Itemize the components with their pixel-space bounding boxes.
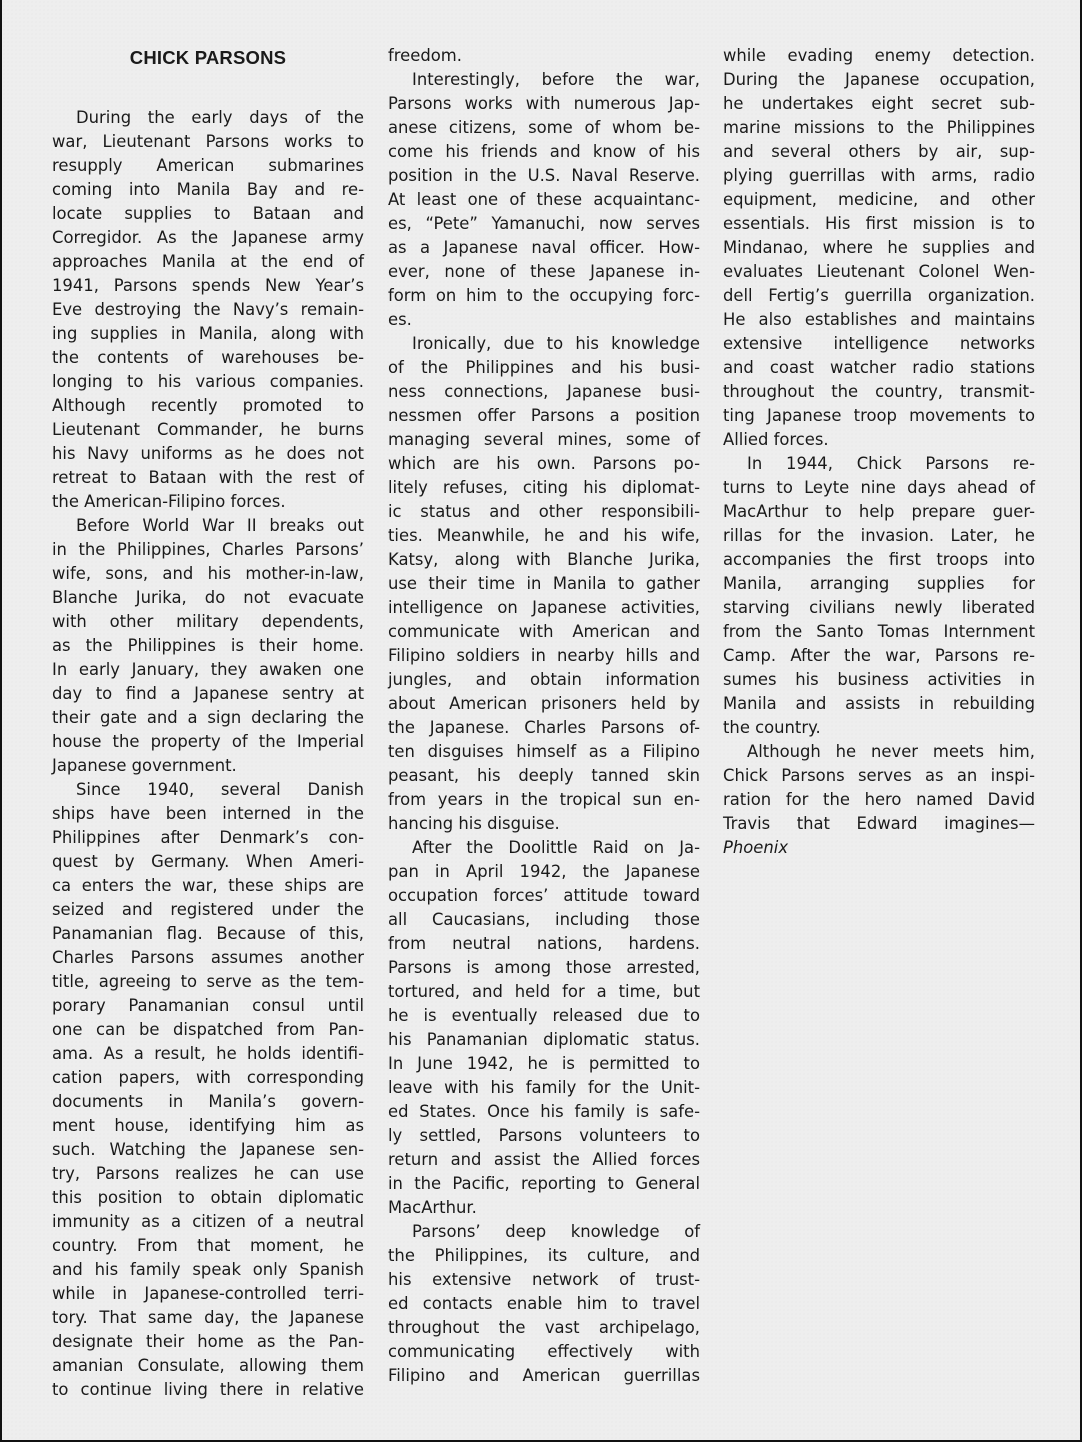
text-line: Parsons is among those arrested, — [388, 956, 700, 980]
text-line: ration for the hero named David — [723, 788, 1035, 812]
text-line: marine missions to the Philippines — [723, 116, 1035, 140]
text-line: Filipino soldiers in nearby hills and — [388, 644, 700, 668]
text-line: ties. Meanwhile, he and his wife, — [388, 524, 700, 548]
text-line: evaluates Lieutenant Colonel Wen- — [723, 260, 1035, 284]
text-line: ca enters the war, these ships are — [52, 874, 364, 898]
text-line: essentials. His first mission is to — [723, 212, 1035, 236]
text-line: house the property of the Imperial — [52, 730, 364, 754]
text-line: communicate with American and — [388, 620, 700, 644]
text-line: such. Watching the Japanese sen- — [52, 1138, 364, 1162]
text-line: Before World War II breaks out — [52, 514, 364, 538]
text-line: ing supplies in Manila, along with — [52, 322, 364, 346]
text-line: and several others by air, sup- — [723, 140, 1035, 164]
text-line: In 1944, Chick Parsons re- — [723, 452, 1035, 476]
column-1-body: During the early days of thewar, Lieuten… — [52, 106, 364, 1402]
text-line: seized and registered under the — [52, 898, 364, 922]
text-line: return and assist the Allied forces — [388, 1148, 700, 1172]
text-line: about American prisoners held by — [388, 692, 700, 716]
text-line: jungles, and obtain information — [388, 668, 700, 692]
text-line: from years in the tropical sun en- — [388, 788, 700, 812]
text-line: pan in April 1942, the Japanese — [388, 860, 700, 884]
text-line: dell Fertig’s guerrilla organization. — [723, 284, 1035, 308]
text-line: Travis that Edward imagines— — [723, 812, 1035, 836]
text-line: documents in Manila’s govern- — [52, 1090, 364, 1114]
text-line: ed States. Once his family is safe- — [388, 1100, 700, 1124]
text-line: Interestingly, before the war, — [388, 68, 700, 92]
column-3-body: while evading enemy detection.During the… — [723, 44, 1035, 860]
text-line: in the Pacific, reporting to General — [388, 1172, 700, 1196]
text-line: this position to obtain diplomatic — [52, 1186, 364, 1210]
text-line: Manila and assists in rebuilding — [723, 692, 1035, 716]
text-line: longing to his various companies. — [52, 370, 364, 394]
text-line: of the Philippines and his busi- — [388, 356, 700, 380]
text-line: country. From that moment, he — [52, 1234, 364, 1258]
text-line: wife, sons, and his mother-in-law, — [52, 562, 364, 586]
text-line: as a Japanese naval officer. How- — [388, 236, 700, 260]
text-line: Corregidor. As the Japanese army — [52, 226, 364, 250]
text-line: tory. That same day, the Japanese — [52, 1306, 364, 1330]
text-line: Ironically, due to his knowledge — [388, 332, 700, 356]
text-line: throughout the country, transmit- — [723, 380, 1035, 404]
text-line: try, Parsons realizes he can use — [52, 1162, 364, 1186]
text-line: resupply American submarines — [52, 154, 364, 178]
paragraph: Before World War II breaks outin the Phi… — [52, 514, 364, 778]
paragraph: while evading enemy detection.During the… — [723, 44, 1035, 452]
text-line: In early January, they awaken one — [52, 658, 364, 682]
text-line: the American-Filipino forces. — [52, 490, 364, 514]
text-line: use their time in Manila to gather — [388, 572, 700, 596]
text-line: freedom. — [388, 44, 700, 68]
text-line: designate their home as the Pan- — [52, 1330, 364, 1354]
text-line: while in Japanese-controlled terri- — [52, 1282, 364, 1306]
text-line: tortured, and held for a time, but — [388, 980, 700, 1004]
text-line: Since 1940, several Danish — [52, 778, 364, 802]
column-3: while evading enemy detection.During the… — [723, 44, 1035, 860]
text-line: their gate and a sign declaring the — [52, 706, 364, 730]
text-line: coming into Manila Bay and re- — [52, 178, 364, 202]
text-line: title, agreeing to serve as the tem- — [52, 970, 364, 994]
text-line: from neutral nations, hardens. — [388, 932, 700, 956]
text-line: approaches Manila at the end of — [52, 250, 364, 274]
text-line: come his friends and know of his — [388, 140, 700, 164]
text-line: litely refuses, citing his diplomat- — [388, 476, 700, 500]
paragraph: Ironically, due to his knowledgeof the P… — [388, 332, 700, 836]
text-line: sumes his business activities in — [723, 668, 1035, 692]
text-line: Chick Parsons serves as an inspi- — [723, 764, 1035, 788]
text-line: the country. — [723, 716, 1035, 740]
text-line: ment house, identifying him as — [52, 1114, 364, 1138]
text-line: retreat to Bataan with the rest of — [52, 466, 364, 490]
text-line: his Navy uniforms as he does not — [52, 442, 364, 466]
text-line: anese citizens, some of whom be- — [388, 116, 700, 140]
article-title: CHICK PARSONS — [52, 44, 364, 68]
text-line: ic status and other responsibili- — [388, 500, 700, 524]
text-line: Panamanian flag. Because of this, — [52, 922, 364, 946]
text-line: ships have been interned in the — [52, 802, 364, 826]
text-line: immunity as a citizen of a neutral — [52, 1210, 364, 1234]
text-line: turns to Leyte nine days ahead of — [723, 476, 1035, 500]
paragraph: Since 1940, several Danishships have bee… — [52, 778, 364, 1402]
text-line: equipment, medicine, and other — [723, 188, 1035, 212]
text-line: es. — [388, 308, 700, 332]
text-line: porary Panamanian consul until — [52, 994, 364, 1018]
text-line: hancing his disguise. — [388, 812, 700, 836]
text-line: ly settled, Parsons volunteers to — [388, 1124, 700, 1148]
text-line: Although he never meets him, — [723, 740, 1035, 764]
text-line: MacArthur to help prepare guer- — [723, 500, 1035, 524]
text-line: locate supplies to Bataan and — [52, 202, 364, 226]
text-line: and coast watcher radio stations — [723, 356, 1035, 380]
text-line: Japanese government. — [52, 754, 364, 778]
text-line: intelligence on Japanese activities, — [388, 596, 700, 620]
text-line: the Philippines, its culture, and — [388, 1244, 700, 1268]
text-line: quest by Germany. When Ameri- — [52, 850, 364, 874]
text-line: He also establishes and maintains — [723, 308, 1035, 332]
text-line: throughout the vast archipelago, — [388, 1316, 700, 1340]
text-line: Manila, arranging supplies for — [723, 572, 1035, 596]
text-line: Eve destroying the Navy’s remain- — [52, 298, 364, 322]
text-line: cation papers, with corresponding — [52, 1066, 364, 1090]
text-line: with other military dependents, — [52, 610, 364, 634]
text-line: ama. As a result, he holds identifi- — [52, 1042, 364, 1066]
text-line: rillas for the invasion. Later, he — [723, 524, 1035, 548]
text-line: At least one of these acquaintanc- — [388, 188, 700, 212]
text-line: Philippines after Denmark’s con- — [52, 826, 364, 850]
text-line: he undertakes eight secret sub- — [723, 92, 1035, 116]
text-line: 1941, Parsons spends New Year’s — [52, 274, 364, 298]
text-line: es, “Pete” Yamanuchi, now serves — [388, 212, 700, 236]
text-line: day to find a Japanese sentry at — [52, 682, 364, 706]
column-2: freedom.Interestingly, before the war,Pa… — [388, 44, 700, 1388]
text-line: peasant, his deeply tanned skin — [388, 764, 700, 788]
text-line: During the early days of the — [52, 106, 364, 130]
text-line: one can be dispatched from Pan- — [52, 1018, 364, 1042]
text-line: plying guerrillas with arms, radio — [723, 164, 1035, 188]
text-line: his extensive network of trust- — [388, 1268, 700, 1292]
text-line: from the Santo Tomas Internment — [723, 620, 1035, 644]
paragraph: After the Doolittle Raid on Ja-pan in Ap… — [388, 836, 700, 1220]
text-line: all Caucasians, including those — [388, 908, 700, 932]
text-line: extensive intelligence networks — [723, 332, 1035, 356]
text-line: ever, none of these Japanese in- — [388, 260, 700, 284]
text-line: the contents of warehouses be- — [52, 346, 364, 370]
text-line: while evading enemy detection. — [723, 44, 1035, 68]
column-1: CHICK PARSONS During the early days of t… — [52, 44, 364, 1402]
document-page: CHICK PARSONS During the early days of t… — [0, 0, 1082, 1442]
text-line: Camp. After the war, Parsons re- — [723, 644, 1035, 668]
text-line: his Panamanian diplomatic status. — [388, 1028, 700, 1052]
book-title-italic: Phoenix — [723, 836, 1035, 860]
text-line: MacArthur. — [388, 1196, 700, 1220]
paragraph: Although he never meets him,Chick Parson… — [723, 740, 1035, 860]
text-line: starving civilians newly liberated — [723, 596, 1035, 620]
text-line: After the Doolittle Raid on Ja- — [388, 836, 700, 860]
text-line: Mindanao, where he supplies and — [723, 236, 1035, 260]
column-2-body: freedom.Interestingly, before the war,Pa… — [388, 44, 700, 1388]
paragraph: During the early days of thewar, Lieuten… — [52, 106, 364, 514]
text-line: form on him to the occupying forc- — [388, 284, 700, 308]
paragraph: freedom. — [388, 44, 700, 68]
text-line: Lieutenant Commander, he burns — [52, 418, 364, 442]
text-line: ten disguises himself as a Filipino — [388, 740, 700, 764]
text-line: the Japanese. Charles Parsons of- — [388, 716, 700, 740]
text-line: In June 1942, he is permitted to — [388, 1052, 700, 1076]
text-line: accompanies the first troops into — [723, 548, 1035, 572]
text-line: position in the U.S. Naval Reserve. — [388, 164, 700, 188]
text-line: ness connections, Japanese busi- — [388, 380, 700, 404]
text-line: which are his own. Parsons po- — [388, 452, 700, 476]
text-line: in the Philippines, Charles Parsons’ — [52, 538, 364, 562]
text-line: war, Lieutenant Parsons works to — [52, 130, 364, 154]
text-line: Allied forces. — [723, 428, 1035, 452]
paragraph: Interestingly, before the war,Parsons wo… — [388, 68, 700, 332]
text-line: Although recently promoted to — [52, 394, 364, 418]
paragraph: Parsons’ deep knowledge ofthe Philippine… — [388, 1220, 700, 1388]
text-line: leave with his family for the Unit- — [388, 1076, 700, 1100]
text-line: he is eventually released due to — [388, 1004, 700, 1028]
text-line: During the Japanese occupation, — [723, 68, 1035, 92]
text-line: to continue living there in relative — [52, 1378, 364, 1402]
text-line: occupation forces’ attitude toward — [388, 884, 700, 908]
text-line: Katsy, along with Blanche Jurika, — [388, 548, 700, 572]
text-line: amanian Consulate, allowing them — [52, 1354, 364, 1378]
text-line: Parsons’ deep knowledge of — [388, 1220, 700, 1244]
text-line: Blanche Jurika, do not evacuate — [52, 586, 364, 610]
text-line: ting Japanese troop movements to — [723, 404, 1035, 428]
text-line: Charles Parsons assumes another — [52, 946, 364, 970]
text-line: communicating effectively with — [388, 1340, 700, 1364]
text-line: nessmen offer Parsons a position — [388, 404, 700, 428]
paragraph: In 1944, Chick Parsons re-turns to Leyte… — [723, 452, 1035, 740]
text-line: ed contacts enable him to travel — [388, 1292, 700, 1316]
text-line: and his family speak only Spanish — [52, 1258, 364, 1282]
text-line: Filipino and American guerrillas — [388, 1364, 700, 1388]
text-line: Parsons works with numerous Jap- — [388, 92, 700, 116]
text-line: managing several mines, some of — [388, 428, 700, 452]
text-line: as the Philippines is their home. — [52, 634, 364, 658]
